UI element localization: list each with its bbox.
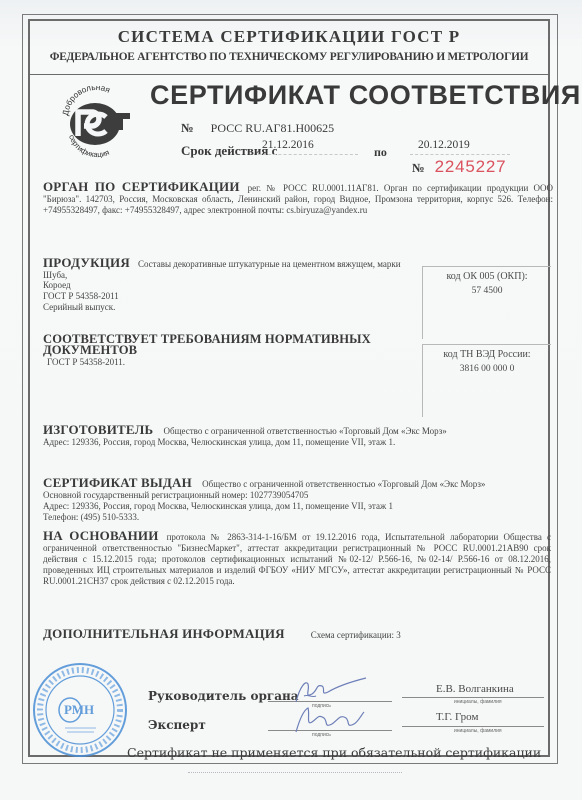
head-signature-icon: [290, 676, 370, 706]
expert-label: Эксперт: [148, 718, 206, 732]
head-name: Е.В. Волганкина: [436, 683, 514, 695]
okp-code-box: код ОК 005 (ОКП): 57 4500: [422, 266, 551, 339]
certification-body-section: ОРГАН ПО СЕРТИФИКАЦИИрег. № РОСС RU.0001…: [43, 181, 553, 216]
header-band: СИСТЕМА СЕРТИФИКАЦИИ ГОСТ Р ФЕДЕРАЛЬНОЕ …: [28, 19, 550, 75]
okp-code-label: код ОК 005 (ОКП):: [423, 271, 551, 282]
stamp-mark: РМН: [64, 702, 94, 717]
certificate-title: СЕРТИФИКАТ СООТВЕТСТВИЯ: [150, 80, 581, 111]
valid-to-date: 20.12.2019: [418, 139, 470, 151]
rst-logo-icon: Добровольная сертификация: [58, 86, 134, 158]
manufacturer-name: Общество с ограниченной ответственностью…: [164, 426, 447, 436]
footer-note: Сертификат не применяется при обязательн…: [127, 745, 541, 760]
expert-name-caption: инициалы, фамилия: [454, 728, 502, 734]
manufacturer-address: Адрес: 129336, Россия, город Москва, Чел…: [43, 437, 543, 448]
issued-to-ogrn: Основной государственный регистрационный…: [43, 490, 543, 501]
manufacturer-label: ИЗГОТОВИТЕЛЬ: [43, 422, 153, 437]
product-detail-line: Короед: [43, 280, 413, 291]
additional-info-text: Схема сертификации: 3: [311, 630, 401, 640]
registration-number-row: № РОСС RU.АГ81.Н00625: [181, 121, 334, 136]
expert-signature-icon: [288, 704, 368, 734]
system-title: СИСТЕМА СЕРТИФИКАЦИИ ГОСТ Р: [28, 27, 550, 47]
date-from-underline: [258, 154, 358, 155]
tnved-code-label: код ТН ВЭД России:: [423, 349, 551, 360]
tnved-code-box: код ТН ВЭД России: 3816 00 000 0: [422, 344, 551, 417]
conformity-label: СООТВЕТСТВУЕТ ТРЕБОВАНИЯМ НОРМАТИВНЫХ ДО…: [43, 334, 415, 356]
okp-code-value: 57 4500: [423, 286, 551, 296]
issued-to-label: СЕРТИФИКАТ ВЫДАН: [43, 475, 192, 490]
manufacturer-section: ИЗГОТОВИТЕЛЬ Общество с ограниченной отв…: [43, 424, 543, 448]
product-label: ПРОДУКЦИЯ: [43, 255, 130, 270]
blank-number-value: 2245227: [435, 157, 507, 176]
additional-info-section: ДОПОЛНИТЕЛЬНАЯ ИНФОРМАЦИЯСхема сертифика…: [43, 628, 543, 641]
seal-stamp-icon: РМН: [30, 660, 130, 760]
product-detail-line: Серийный выпуск.: [43, 302, 413, 313]
expert-name-line: [402, 726, 544, 727]
printer-imprint: [188, 772, 402, 775]
basis-section: НА ОСНОВАНИИпротокола № 2863-314-1-16/БМ…: [43, 530, 551, 587]
product-details: Короед ГОСТ Р 54358-2011 Серийный выпуск…: [43, 280, 413, 313]
blank-number: № 2245227: [412, 157, 506, 177]
issued-to-name: Общество с ограниченной ответственностью…: [202, 479, 485, 489]
head-name-line: [402, 697, 544, 698]
additional-info-label: ДОПОЛНИТЕЛЬНАЯ ИНФОРМАЦИЯ: [43, 626, 285, 641]
tnved-code-value: 3816 00 000 0: [423, 364, 551, 374]
expert-name: Т.Г. Гром: [436, 711, 478, 723]
issued-to-phone: Телефон: (495) 510-5333.: [43, 512, 543, 523]
date-to-underline: [410, 154, 510, 155]
product-detail-line: ГОСТ Р 54358-2011: [43, 291, 413, 302]
basis-label: НА ОСНОВАНИИ: [43, 528, 159, 543]
certification-body-label: ОРГАН ПО СЕРТИФИКАЦИИ: [43, 179, 240, 194]
product-section: ПРОДУКЦИЯСоставы декоративные штукатурны…: [43, 257, 413, 313]
registration-number: РОСС RU.АГ81.Н00625: [211, 121, 335, 135]
conformity-text: ГОСТ Р 54358-2011.: [43, 357, 423, 368]
number-sign: №: [181, 121, 194, 135]
blank-number-sign: №: [412, 161, 425, 175]
valid-to-label: по: [374, 145, 387, 160]
certificate-sheet: СИСТЕМА СЕРТИФИКАЦИИ ГОСТ Р ФЕДЕРАЛЬНОЕ …: [0, 0, 582, 800]
issued-to-section: СЕРТИФИКАТ ВЫДАН Общество с ограниченной…: [43, 477, 543, 523]
valid-from-date: 21.12.2016: [262, 139, 314, 151]
conformity-section: СООТВЕТСТВУЕТ ТРЕБОВАНИЯМ НОРМАТИВНЫХ ДО…: [43, 334, 423, 368]
head-name-caption: инициалы, фамилия: [454, 699, 502, 705]
agency-title: ФЕДЕРАЛЬНОЕ АГЕНТСТВО ПО ТЕХНИЧЕСКОМУ РЕ…: [28, 51, 550, 63]
issued-to-address: Адрес: 129336, Россия, город Москва, Чел…: [43, 501, 543, 512]
